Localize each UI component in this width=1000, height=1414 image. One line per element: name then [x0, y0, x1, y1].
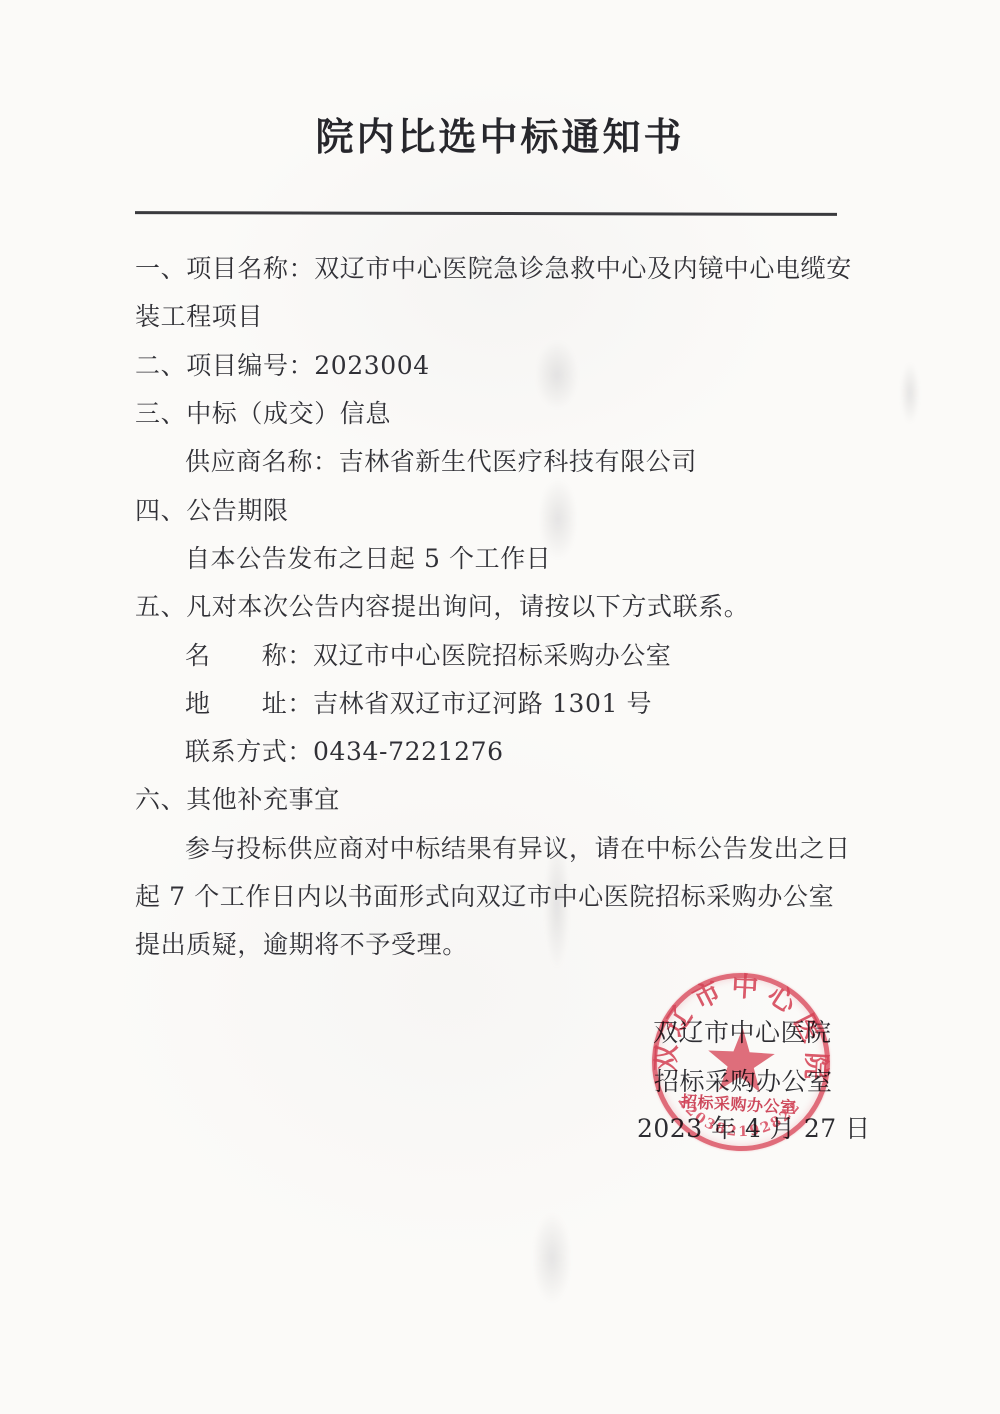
doc-line-objection-2: 起 7 个工作日内以书面形式向双辽市中心医院招标采购办公室 [135, 871, 865, 919]
doc-line-project-name: 一、项目名称：双辽市中心医院急诊急救中心及内镜中心电缆安 [135, 243, 865, 291]
doc-line-project-name-2: 装工程项目 [135, 291, 865, 339]
stamp-arc-char: 中 [730, 969, 759, 998]
doc-line-period-detail: 自本公告发布之日起 5 个工作日 [135, 533, 865, 581]
signature-date: 2023 年 4 月 27 日 [637, 1109, 871, 1145]
doc-line-contact-phone: 联系方式：0434-7221276 [135, 726, 865, 774]
signature-org-line-1: 双辽市中心医院 [653, 1013, 832, 1049]
doc-line-inquiry: 五、凡对本次公告内容提出询问，请按以下方式联系。 [135, 581, 865, 629]
scan-artifact [900, 362, 920, 424]
scan-artifact [532, 1212, 572, 1304]
doc-line-contact-name: 名 称：双辽市中心医院招标采购办公室 [135, 629, 865, 677]
document-title: 院内比选中标通知书 [0, 106, 1000, 161]
document-body: 一、项目名称：双辽市中心医院急诊急救中心及内镜中心电缆安 装工程项目 二、项目编… [135, 243, 865, 967]
doc-line-award-info: 三、中标（成交）信息 [135, 388, 865, 436]
doc-line-other-matters: 六、其他补充事宜 [135, 774, 865, 822]
scanned-document-page: 院内比选中标通知书 一、项目名称：双辽市中心医院急诊急救中心及内镜中心电缆安 装… [0, 0, 1000, 1414]
stamp-arc-char: 市 [687, 974, 725, 1012]
title-divider-line [135, 211, 837, 215]
doc-line-contact-address: 地 址：吉林省双辽市辽河路 1301 号 [135, 678, 865, 726]
signature-org-line-2: 招标采购办公室 [654, 1062, 833, 1098]
doc-line-objection-3: 提出质疑，逾期将不予受理。 [135, 919, 865, 967]
stamp-arc-char: 心 [764, 977, 803, 1016]
doc-line-notice-period: 四、公告期限 [135, 484, 865, 532]
doc-line-objection-1: 参与投标供应商对中标结果有异议，请在中标公告发出之日 [135, 823, 865, 871]
doc-line-supplier-name: 供应商名称：吉林省新生代医疗科技有限公司 [135, 436, 865, 484]
doc-line-project-number: 二、项目编号：2023004 [135, 340, 865, 388]
